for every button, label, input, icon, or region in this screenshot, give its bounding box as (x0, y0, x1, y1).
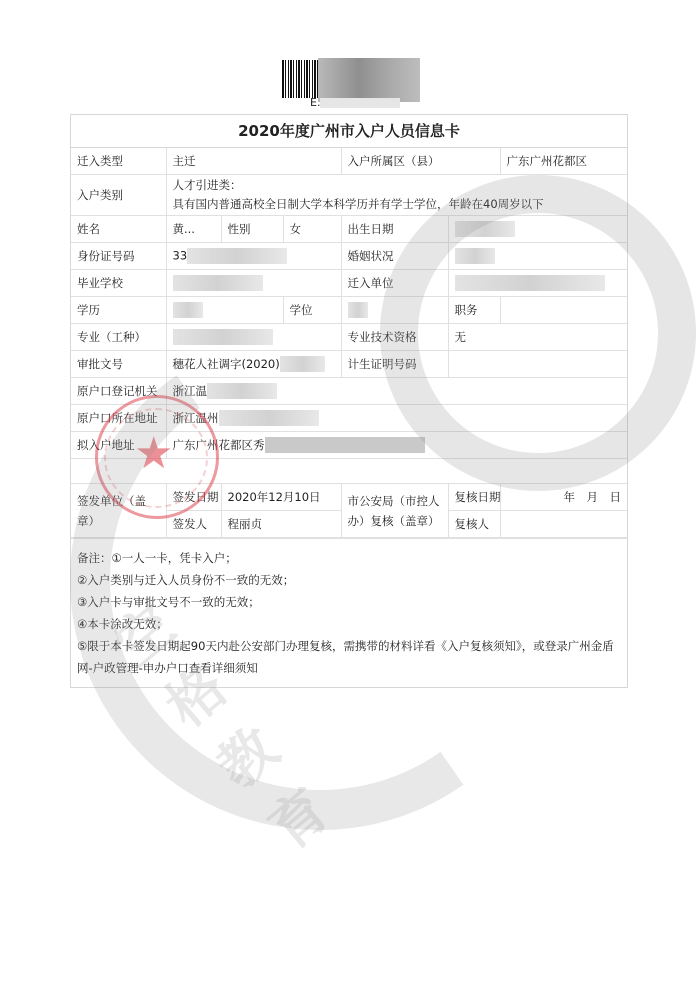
move-type-label: 迁入类型 (71, 148, 166, 175)
table-row: 毕业学校 迁入单位 (71, 270, 627, 297)
category-line2: 具有国内普通高校全日制大学本科学历并有学士学位，年龄在40周岁以下 (173, 195, 622, 214)
card-title: 2020年度广州市入户人员信息卡 (71, 115, 627, 148)
category-label: 入户类别 (71, 175, 166, 216)
position-label: 职务 (448, 297, 500, 324)
barcode-number: E. (310, 96, 320, 109)
major-value (166, 324, 341, 351)
birth-label: 出生日期 (341, 216, 448, 243)
name-label: 姓名 (71, 216, 166, 243)
category-value: 人才引进类： 具有国内普通高校全日制大学本科学历并有学士学位，年龄在40周岁以下 (166, 175, 627, 216)
birth-cert-label: 计生证明号码 (341, 351, 448, 378)
table-row: 姓名 黄... 性别 女 出生日期 (71, 216, 627, 243)
note-item: 备注：①一人一卡，凭卡入户； (77, 547, 621, 569)
barcode-redaction (318, 58, 420, 102)
notes: 备注：①一人一卡，凭卡入户； ②入户类别与迁入人员身份不一致的无效； ③入户卡与… (71, 538, 627, 687)
move-type-value: 主迁 (166, 148, 341, 175)
orig-reg-value: 浙江温 (166, 378, 627, 405)
id-value: 33 (166, 243, 341, 270)
orig-addr-value: 浙江温州 (166, 405, 627, 432)
note-item: ②入户类别与迁入人员身份不一致的无效； (77, 569, 621, 591)
note-item: ④本卡涂改无效； (77, 613, 621, 635)
gender-label: 性别 (221, 216, 283, 243)
name-value: 黄... (166, 216, 221, 243)
table-row: 审批文号 穗花人社调字(2020) 计生证明号码 (71, 351, 627, 378)
table-row: 专业（工种） 专业技术资格 无 (71, 324, 627, 351)
table-row: 身份证号码 33 婚姻状况 (71, 243, 627, 270)
id-label: 身份证号码 (71, 243, 166, 270)
major-label: 专业（工种） (71, 324, 166, 351)
category-line1: 人才引进类： (173, 176, 622, 195)
approval-label: 审批文号 (71, 351, 166, 378)
review-date-value: 年 月 日 (500, 484, 627, 511)
marital-label: 婚姻状况 (341, 243, 448, 270)
marital-value (448, 243, 627, 270)
star-icon: ★ (134, 428, 173, 479)
table-row: 学历 学位 职务 (71, 297, 627, 324)
tech-value: 无 (448, 324, 627, 351)
signer-value: 程丽贞 (221, 511, 341, 538)
official-stamp: ★ (95, 395, 219, 519)
degree-label: 学位 (283, 297, 341, 324)
table-row: 迁入类型 主迁 入户所属区（县） 广东广州花都区 (71, 148, 627, 175)
note-item: ③入户卡与审批文号不一致的无效； (77, 591, 621, 613)
birth-cert-value (448, 351, 627, 378)
reviewer-value (500, 511, 627, 538)
review-date-label: 复核日期 (448, 484, 500, 511)
reviewer-label: 复核人 (448, 511, 500, 538)
school-value (166, 270, 341, 297)
police-review-label: 市公安局（市控人办）复核（盖章） (341, 484, 448, 538)
employer-value (448, 270, 627, 297)
employer-label: 迁入单位 (341, 270, 448, 297)
tech-label: 专业技术资格 (341, 324, 448, 351)
issue-date-value: 2020年12月10日 (221, 484, 341, 511)
degree-value (341, 297, 448, 324)
birth-value (448, 216, 627, 243)
gender-value: 女 (283, 216, 341, 243)
district-value: 广东广州花都区 (500, 148, 627, 175)
barcode-number-redaction (320, 98, 400, 108)
new-addr-value: 广东广州花都区秀 (166, 432, 627, 459)
school-label: 毕业学校 (71, 270, 166, 297)
approval-value: 穗花人社调字(2020) (166, 351, 341, 378)
education-label: 学历 (71, 297, 166, 324)
position-value (500, 297, 627, 324)
table-row: 入户类别 人才引进类： 具有国内普通高校全日制大学本科学历并有学士学位，年龄在4… (71, 175, 627, 216)
education-value (166, 297, 283, 324)
note-item: ⑤限于本卡签发日期起90天内赴公安部门办理复核，需携带的材料详看《入户复核须知》… (77, 635, 621, 679)
district-label: 入户所属区（县） (341, 148, 500, 175)
